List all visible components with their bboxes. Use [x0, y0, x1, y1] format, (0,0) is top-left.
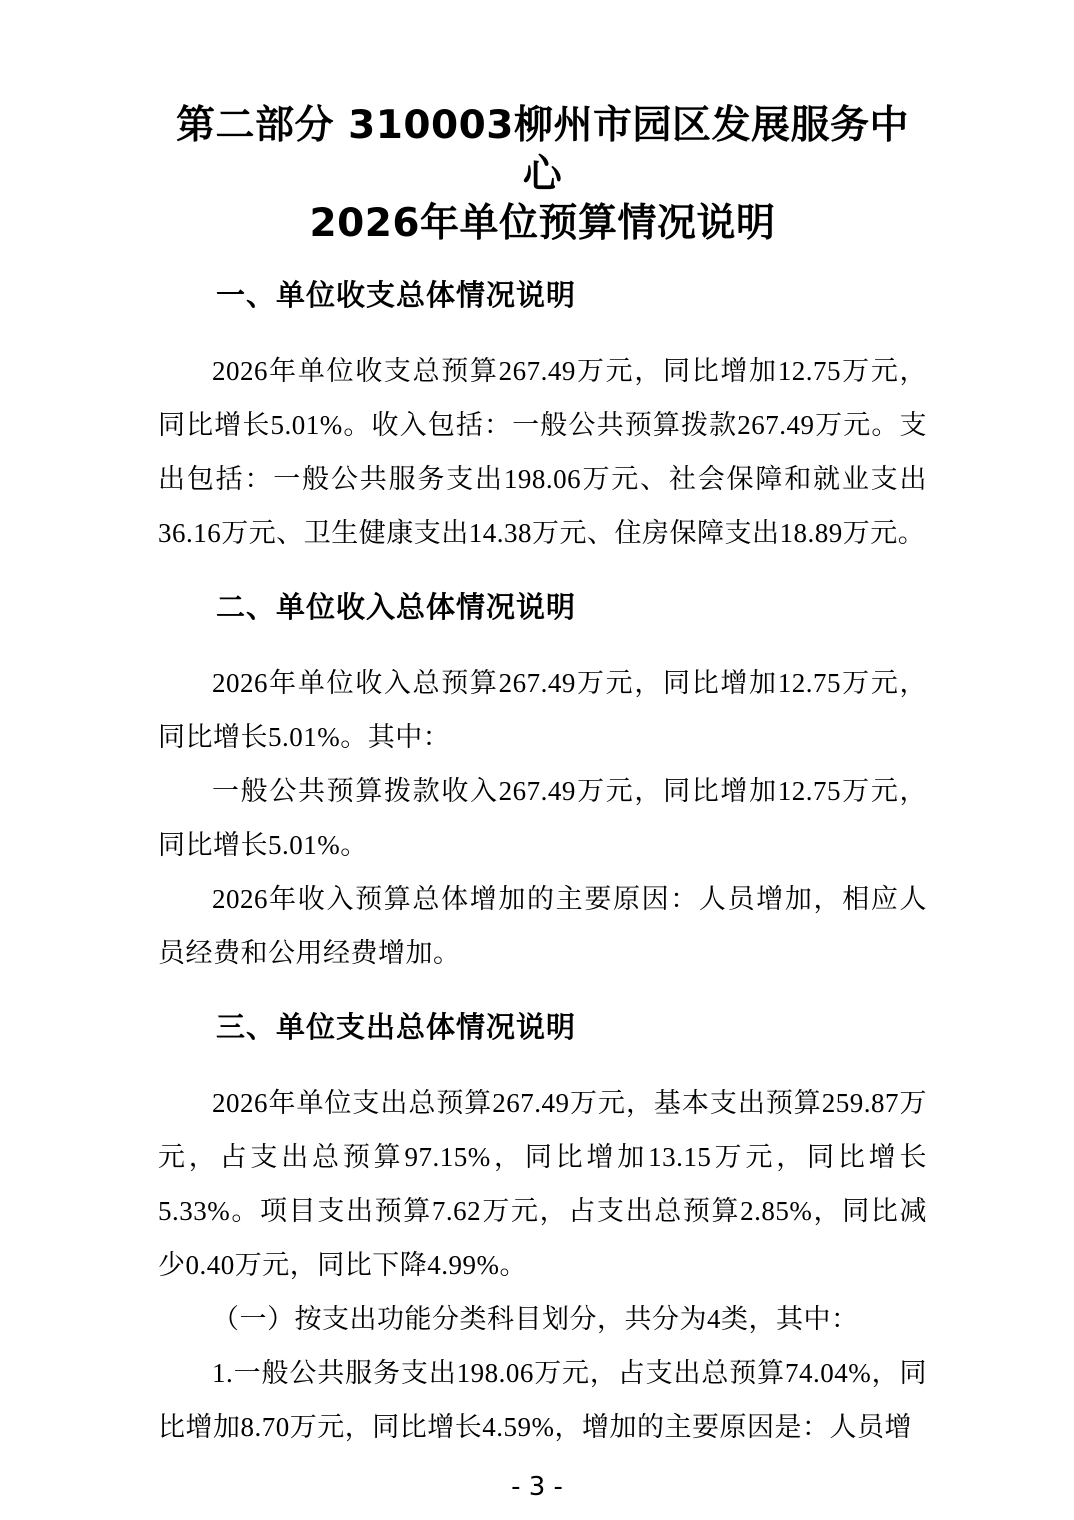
- section-2-paragraph-1: 2026年单位收入总预算267.49万元，同比增加12.75万元，同比增长5.0…: [158, 656, 927, 764]
- section-2: 二、单位收入总体情况说明 2026年单位收入总预算267.49万元，同比增加12…: [158, 580, 927, 980]
- section-3: 三、单位支出总体情况说明 2026年单位支出总预算267.49万元，基本支出预算…: [158, 1000, 927, 1454]
- document-title: 第二部分 310003柳州市园区发展服务中心 2026年单位预算情况说明: [158, 0, 927, 248]
- section-3-paragraph-1: 2026年单位支出总预算267.49万元，基本支出预算259.87万元，占支出总…: [158, 1076, 927, 1292]
- document-page: 第二部分 310003柳州市园区发展服务中心 2026年单位预算情况说明 一、单…: [0, 0, 1074, 1520]
- section-3-paragraph-3: 1.一般公共服务支出198.06万元，占支出总预算74.04%，同比增加8.70…: [158, 1346, 927, 1454]
- section-1-paragraph-1: 2026年单位收支总预算267.49万元，同比增加12.75万元，同比增长5.0…: [158, 344, 927, 560]
- document-title-line-1: 第二部分 310003柳州市园区发展服务中心: [158, 101, 927, 199]
- section-2-heading: 二、单位收入总体情况说明: [158, 580, 927, 634]
- section-1: 一、单位收支总体情况说明 2026年单位收支总预算267.49万元，同比增加12…: [158, 268, 927, 560]
- section-2-paragraph-2: 一般公共预算拨款收入267.49万元，同比增加12.75万元，同比增长5.01%…: [158, 764, 927, 872]
- section-2-paragraph-3: 2026年收入预算总体增加的主要原因：人员增加，相应人员经费和公用经费增加。: [158, 872, 927, 980]
- document-content: 第二部分 310003柳州市园区发展服务中心 2026年单位预算情况说明 一、单…: [0, 0, 1074, 1454]
- document-title-line-2: 2026年单位预算情况说明: [158, 199, 927, 248]
- section-3-paragraph-2: （一）按支出功能分类科目划分，共分为4类，其中：: [158, 1292, 927, 1346]
- page-number: - 3 -: [0, 1472, 1074, 1502]
- section-3-heading: 三、单位支出总体情况说明: [158, 1000, 927, 1054]
- section-1-heading: 一、单位收支总体情况说明: [158, 268, 927, 322]
